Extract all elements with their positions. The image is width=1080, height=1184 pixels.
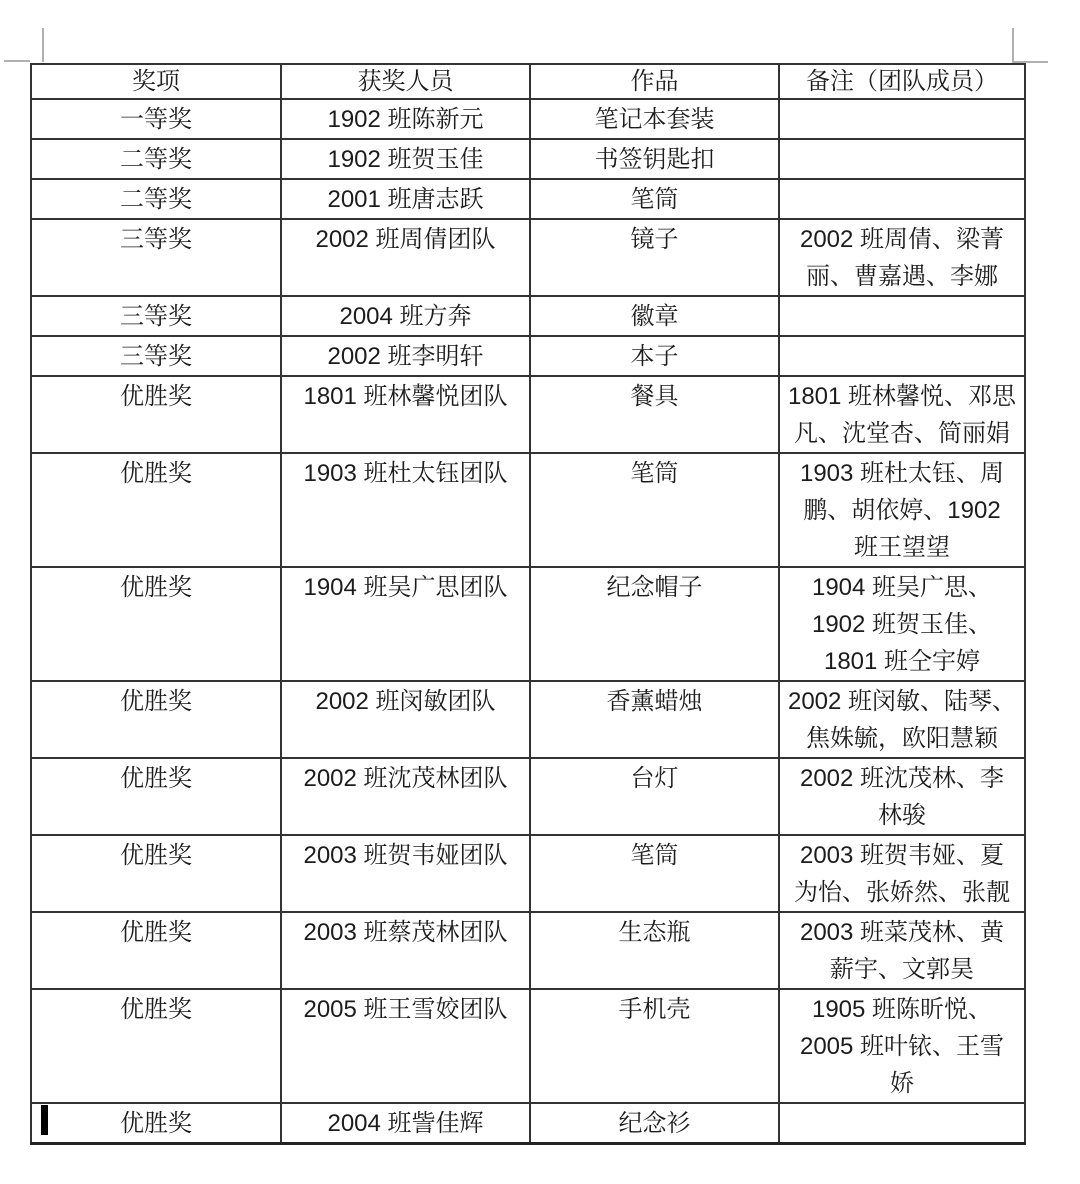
column-header-remark[interactable]: 备注（团队成员） bbox=[779, 64, 1025, 99]
remark-cell[interactable] bbox=[779, 296, 1025, 336]
remark-cell[interactable]: 2003 班贺韦娅、夏 为怡、张娇然、张靓 bbox=[779, 835, 1025, 912]
work-cell[interactable]: 徽章 bbox=[530, 296, 779, 336]
remark-cell[interactable]: 2002 班闵敏、陆琴、 焦姝毓，欧阳慧颖 bbox=[779, 681, 1025, 758]
text-boundary-mark-left-vertical bbox=[42, 28, 44, 62]
work-cell[interactable]: 笔记本套装 bbox=[530, 99, 779, 139]
work-cell[interactable]: 笔筒 bbox=[530, 453, 779, 567]
award-cell[interactable]: 二等奖 bbox=[31, 179, 281, 219]
remark-cell[interactable]: 2002 班周倩、梁菁 丽、曹嘉遇、李娜 bbox=[779, 219, 1025, 296]
award-cell[interactable]: 优胜奖 bbox=[31, 376, 281, 453]
winner-cell[interactable]: 1902 班陈新元 bbox=[281, 99, 530, 139]
winner-cell[interactable]: 2003 班蔡茂林团队 bbox=[281, 912, 530, 989]
award-cell[interactable]: 优胜奖 bbox=[31, 835, 281, 912]
column-header-winner[interactable]: 获奖人员 bbox=[281, 64, 530, 99]
work-cell[interactable]: 台灯 bbox=[530, 758, 779, 835]
award-cell[interactable]: 三等奖 bbox=[31, 336, 281, 376]
table-row: 优胜奖2002 班闵敏团队香薰蜡烛2002 班闵敏、陆琴、 焦姝毓，欧阳慧颖 bbox=[31, 681, 1025, 758]
work-cell[interactable]: 纪念衫 bbox=[530, 1103, 779, 1144]
table-row: 二等奖1902 班贺玉佳书签钥匙扣 bbox=[31, 139, 1025, 179]
table-row: 三等奖2004 班方奔徽章 bbox=[31, 296, 1025, 336]
work-cell[interactable]: 手机壳 bbox=[530, 989, 779, 1103]
remark-cell[interactable] bbox=[779, 1103, 1025, 1144]
table-row: 优胜奖1801 班林馨悦团队餐具1801 班林馨悦、邓思 凡、沈堂杏、简丽娟 bbox=[31, 376, 1025, 453]
remark-cell[interactable]: 1905 班陈昕悦、 2005 班叶铱、王雪 娇 bbox=[779, 989, 1025, 1103]
winner-cell[interactable]: 2004 班方奔 bbox=[281, 296, 530, 336]
table-row: 优胜奖1904 班吴广思团队纪念帽子1904 班吴广思、 1902 班贺玉佳、 … bbox=[31, 567, 1025, 681]
awards-table-body: 一等奖1902 班陈新元笔记本套装二等奖1902 班贺玉佳书签钥匙扣二等奖200… bbox=[31, 99, 1025, 1144]
work-cell[interactable]: 镜子 bbox=[530, 219, 779, 296]
table-row: 优胜奖1903 班杜太钰团队笔筒1903 班杜太钰、周 鹏、胡依婷、1902 班… bbox=[31, 453, 1025, 567]
table-row: 优胜奖2005 班王雪姣团队手机壳1905 班陈昕悦、 2005 班叶铱、王雪 … bbox=[31, 989, 1025, 1103]
winner-cell[interactable]: 2001 班唐志跃 bbox=[281, 179, 530, 219]
award-cell[interactable]: 优胜奖 bbox=[31, 681, 281, 758]
work-cell[interactable]: 纪念帽子 bbox=[530, 567, 779, 681]
text-caret bbox=[41, 1105, 48, 1135]
document-page: 奖项 获奖人员 作品 备注（团队成员） 一等奖1902 班陈新元笔记本套装二等奖… bbox=[0, 0, 1080, 1184]
winner-cell[interactable]: 2002 班李明轩 bbox=[281, 336, 530, 376]
work-cell[interactable]: 香薰蜡烛 bbox=[530, 681, 779, 758]
award-cell[interactable]: 优胜奖 bbox=[31, 912, 281, 989]
table-row: 优胜奖2004 班訾佳辉纪念衫 bbox=[31, 1103, 1025, 1144]
table-header-row: 奖项 获奖人员 作品 备注（团队成员） bbox=[31, 64, 1025, 99]
winner-cell[interactable]: 1902 班贺玉佳 bbox=[281, 139, 530, 179]
award-cell[interactable]: 三等奖 bbox=[31, 296, 281, 336]
work-cell[interactable]: 餐具 bbox=[530, 376, 779, 453]
table-row: 一等奖1902 班陈新元笔记本套装 bbox=[31, 99, 1025, 139]
award-cell[interactable]: 优胜奖 bbox=[31, 1103, 281, 1144]
winner-cell[interactable]: 2002 班闵敏团队 bbox=[281, 681, 530, 758]
award-cell[interactable]: 二等奖 bbox=[31, 139, 281, 179]
award-cell[interactable]: 优胜奖 bbox=[31, 758, 281, 835]
table-row: 三等奖2002 班周倩团队镜子2002 班周倩、梁菁 丽、曹嘉遇、李娜 bbox=[31, 219, 1025, 296]
work-cell[interactable]: 生态瓶 bbox=[530, 912, 779, 989]
remark-cell[interactable] bbox=[779, 179, 1025, 219]
winner-cell[interactable]: 2005 班王雪姣团队 bbox=[281, 989, 530, 1103]
remark-cell[interactable]: 1801 班林馨悦、邓思 凡、沈堂杏、简丽娟 bbox=[779, 376, 1025, 453]
remark-cell[interactable] bbox=[779, 336, 1025, 376]
winner-cell[interactable]: 1903 班杜太钰团队 bbox=[281, 453, 530, 567]
winner-cell[interactable]: 1801 班林馨悦团队 bbox=[281, 376, 530, 453]
work-cell[interactable]: 本子 bbox=[530, 336, 779, 376]
award-cell[interactable]: 优胜奖 bbox=[31, 567, 281, 681]
award-cell[interactable]: 一等奖 bbox=[31, 99, 281, 139]
winner-cell[interactable]: 2004 班訾佳辉 bbox=[281, 1103, 530, 1144]
text-boundary-mark-left-horizontal bbox=[4, 60, 30, 62]
remark-cell[interactable]: 1904 班吴广思、 1902 班贺玉佳、 1801 班仝宇婷 bbox=[779, 567, 1025, 681]
work-cell[interactable]: 书签钥匙扣 bbox=[530, 139, 779, 179]
award-cell[interactable]: 优胜奖 bbox=[31, 453, 281, 567]
column-header-award[interactable]: 奖项 bbox=[31, 64, 281, 99]
remark-cell[interactable]: 1903 班杜太钰、周 鹏、胡依婷、1902 班王望望 bbox=[779, 453, 1025, 567]
remark-cell[interactable]: 2002 班沈茂林、李 林骏 bbox=[779, 758, 1025, 835]
table-row: 三等奖2002 班李明轩本子 bbox=[31, 336, 1025, 376]
awards-table: 奖项 获奖人员 作品 备注（团队成员） 一等奖1902 班陈新元笔记本套装二等奖… bbox=[30, 63, 1026, 1145]
award-cell[interactable]: 优胜奖 bbox=[31, 989, 281, 1103]
winner-cell[interactable]: 2002 班周倩团队 bbox=[281, 219, 530, 296]
winner-cell[interactable]: 2002 班沈茂林团队 bbox=[281, 758, 530, 835]
work-cell[interactable]: 笔筒 bbox=[530, 835, 779, 912]
remark-cell[interactable]: 2003 班菜茂林、黄 薪宇、文郭昊 bbox=[779, 912, 1025, 989]
table-row: 优胜奖2002 班沈茂林团队台灯2002 班沈茂林、李 林骏 bbox=[31, 758, 1025, 835]
winner-cell[interactable]: 2003 班贺韦娅团队 bbox=[281, 835, 530, 912]
text-boundary-mark-right-vertical bbox=[1012, 28, 1014, 62]
award-cell[interactable]: 三等奖 bbox=[31, 219, 281, 296]
winner-cell[interactable]: 1904 班吴广思团队 bbox=[281, 567, 530, 681]
remark-cell[interactable] bbox=[779, 99, 1025, 139]
remark-cell[interactable] bbox=[779, 139, 1025, 179]
table-row: 二等奖2001 班唐志跃笔筒 bbox=[31, 179, 1025, 219]
work-cell[interactable]: 笔筒 bbox=[530, 179, 779, 219]
table-row: 优胜奖2003 班贺韦娅团队笔筒2003 班贺韦娅、夏 为怡、张娇然、张靓 bbox=[31, 835, 1025, 912]
table-row: 优胜奖2003 班蔡茂林团队生态瓶2003 班菜茂林、黄 薪宇、文郭昊 bbox=[31, 912, 1025, 989]
column-header-work[interactable]: 作品 bbox=[530, 64, 779, 99]
